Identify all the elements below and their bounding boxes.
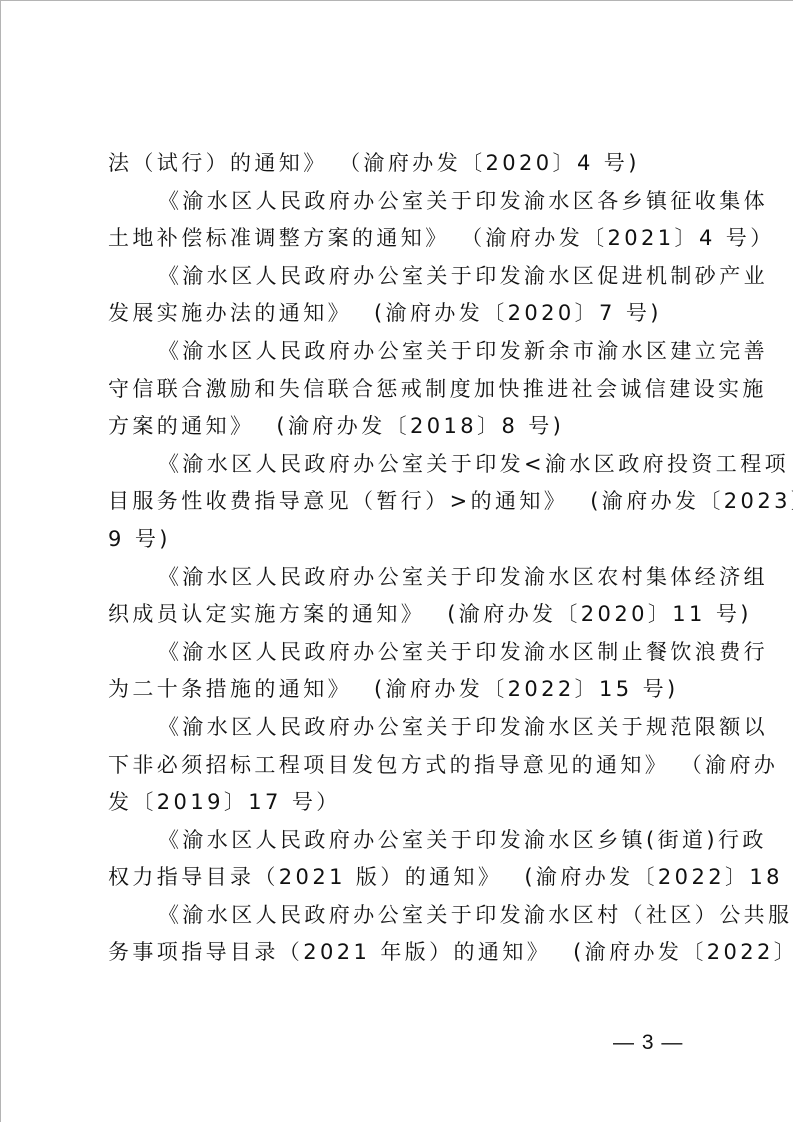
text-line: 《渝水区人民政府办公室关于印发渝水区乡镇(街道)行政 — [108, 825, 698, 863]
document-number: （渝府办发〔2020〕4 号) — [350, 151, 640, 175]
line-text: 守信联合激励和失信联合惩戒制度加快推进社会诚信建设实施 — [108, 377, 767, 401]
text-line: 务事项指导目录（2021 年版）的通知》(渝府办发〔2022〕 — [108, 937, 698, 975]
document-page: 法（试行）的通知》（渝府办发〔2020〕4 号) 《渝水区人民政府办公室关于印发… — [0, 0, 793, 1122]
text-line: 《渝水区人民政府办公室关于印发<渝水区政府投资工程项 — [108, 449, 698, 487]
text-line: 《渝水区人民政府办公室关于印发渝水区村（社区）公共服 — [108, 900, 698, 938]
document-number: （渝府办 — [691, 753, 778, 777]
line-text: 《渝水区人民政府办公室关于印发渝水区农村集体经济组 — [158, 565, 768, 589]
text-line: 为二十条措施的通知》(渝府办发〔2022〕15 号) — [108, 674, 698, 712]
text-line: 法（试行）的通知》（渝府办发〔2020〕4 号) — [108, 148, 698, 186]
line-text: 土地补偿标准调整方案的通知》 — [108, 226, 450, 250]
text-line: 《渝水区人民政府办公室关于印发渝水区制止餐饮浪费行 — [108, 637, 698, 675]
document-number: (渝府办发〔2022〕18 号) — [524, 865, 793, 889]
text-line: 《渝水区人民政府办公室关于印发渝水区关于规范限额以 — [108, 712, 698, 750]
line-text: 发〔2019〕17 号） — [108, 790, 341, 814]
text-line: 土地补偿标准调整方案的通知》（渝府办发〔2021〕4 号） — [108, 223, 698, 261]
line-text: 织成员认定实施方案的通知》 — [108, 602, 425, 626]
line-text: 《渝水区人民政府办公室关于印发新余市渝水区建立完善 — [158, 339, 768, 363]
text-line: 织成员认定实施方案的通知》(渝府办发〔2020〕11 号) — [108, 599, 698, 637]
document-number: （渝府办发〔2021〕4 号） — [472, 226, 775, 250]
text-line: 下非必须招标工程项目发包方式的指导意见的通知》（渝府办 — [108, 750, 698, 788]
document-number: (渝府办发〔2018〕8 号) — [276, 414, 564, 438]
page-number: — 3 — — [613, 1031, 683, 1055]
text-line: 发展实施办法的通知》(渝府办发〔2020〕7 号) — [108, 298, 698, 336]
line-text: 《渝水区人民政府办公室关于印发渝水区制止餐饮浪费行 — [158, 640, 768, 664]
line-text: 《渝水区人民政府办公室关于印发渝水区村（社区）公共服 — [158, 903, 792, 927]
text-line: 目服务性收费指导意见（暂行）>的通知》(渝府办发〔2023〕 — [108, 486, 698, 524]
line-text: 务事项指导目录（2021 年版）的通知》 — [108, 940, 551, 964]
line-text: 权力指导目录（2021 版）的通知》 — [108, 865, 502, 889]
line-text: 9 号) — [108, 527, 171, 551]
document-number: (渝府办发〔2023〕 — [590, 489, 793, 513]
line-text: 《渝水区人民政府办公室关于印发渝水区各乡镇征收集体 — [158, 189, 768, 213]
line-text: 方案的通知》 — [108, 414, 254, 438]
line-text: 为二十条措施的通知》 — [108, 677, 352, 701]
text-line: 《渝水区人民政府办公室关于印发渝水区各乡镇征收集体 — [108, 186, 698, 224]
text-line: 权力指导目录（2021 版）的通知》(渝府办发〔2022〕18 号) — [108, 862, 698, 900]
text-line: 守信联合激励和失信联合惩戒制度加快推进社会诚信建设实施 — [108, 374, 698, 412]
line-text: 法（试行）的通知》 — [108, 151, 328, 175]
text-line: 方案的通知》(渝府办发〔2018〕8 号) — [108, 411, 698, 449]
document-number: (渝府办发〔2022〕15 号) — [374, 677, 679, 701]
line-text: 《渝水区人民政府办公室关于印发渝水区促进机制砂产业 — [158, 264, 768, 288]
document-number: (渝府办发〔2020〕11 号) — [447, 602, 752, 626]
text-line: 《渝水区人民政府办公室关于印发渝水区促进机制砂产业 — [108, 261, 698, 299]
document-number: (渝府办发〔2020〕7 号) — [374, 301, 662, 325]
line-text: 《渝水区人民政府办公室关于印发<渝水区政府投资工程项 — [158, 452, 789, 476]
line-text: 《渝水区人民政府办公室关于印发渝水区乡镇(街道)行政 — [158, 828, 767, 852]
text-line: 《渝水区人民政府办公室关于印发渝水区农村集体经济组 — [108, 562, 698, 600]
line-text: 《渝水区人民政府办公室关于印发渝水区关于规范限额以 — [158, 715, 768, 739]
document-body: 法（试行）的通知》（渝府办发〔2020〕4 号) 《渝水区人民政府办公室关于印发… — [108, 148, 698, 975]
text-line: 《渝水区人民政府办公室关于印发新余市渝水区建立完善 — [108, 336, 698, 374]
document-number: (渝府办发〔2022〕 — [573, 940, 793, 964]
line-text: 下非必须招标工程项目发包方式的指导意见的通知》 — [108, 753, 669, 777]
line-text: 发展实施办法的通知》 — [108, 301, 352, 325]
text-line: 9 号) — [108, 524, 698, 562]
line-text: 目服务性收费指导意见（暂行）>的通知》 — [108, 489, 568, 513]
text-line: 发〔2019〕17 号） — [108, 787, 698, 825]
